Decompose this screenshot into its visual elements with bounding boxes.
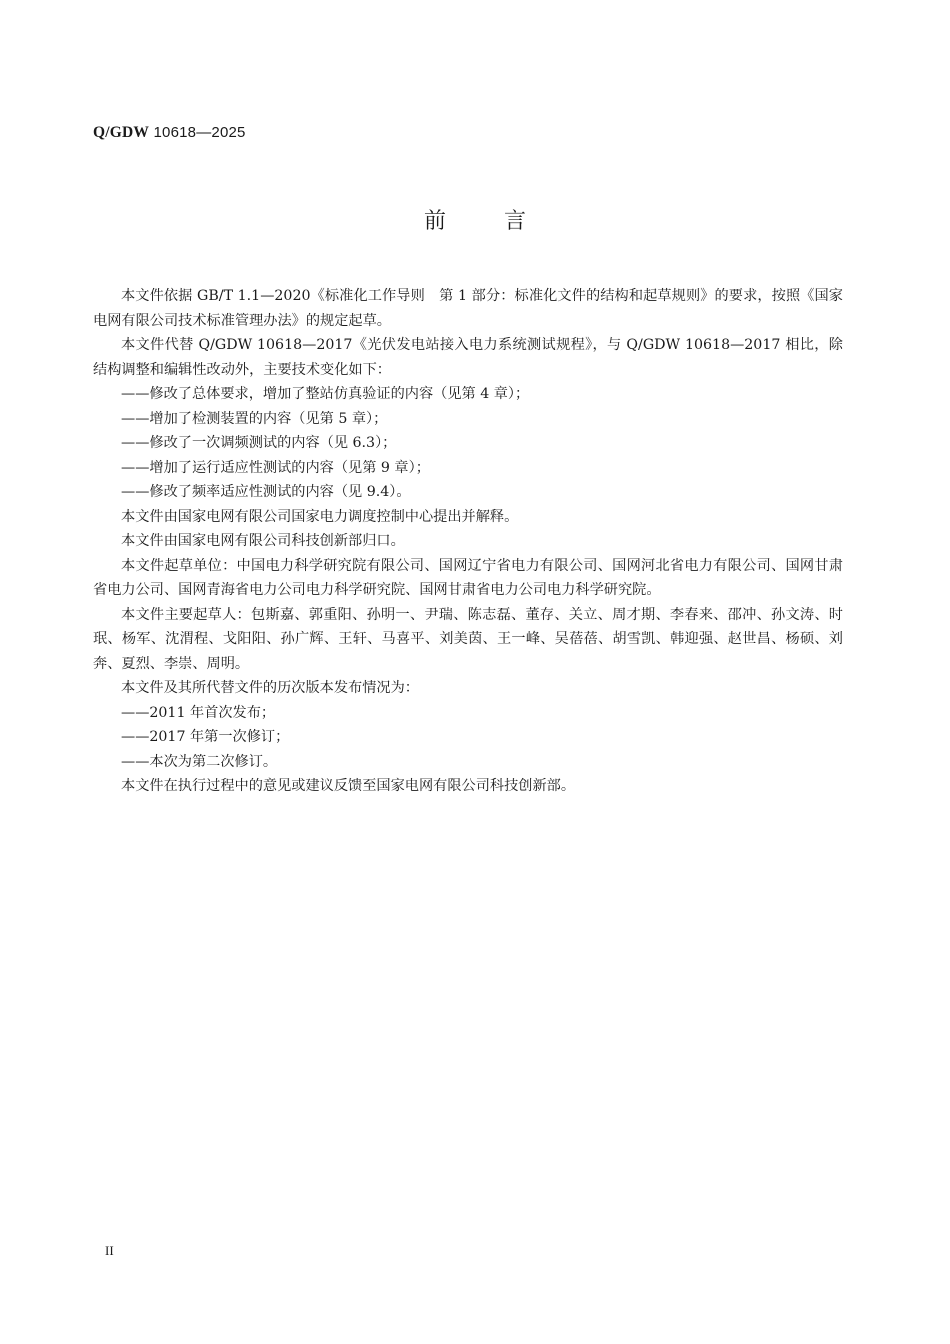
document-code: Q/GDW 10618—2025 <box>93 124 246 142</box>
page-title: 前言 <box>0 204 950 235</box>
change-item: ——增加了运行适应性测试的内容（见第 9 章）； <box>93 456 843 481</box>
page-number: II <box>105 1243 114 1259</box>
history-item: ——2017 年第一次修订； <box>93 725 843 750</box>
code-prefix: Q/GDW <box>93 124 149 141</box>
paragraph-proposer: 本文件由国家电网有限公司国家电力调度控制中心提出并解释。 <box>93 505 843 530</box>
change-item: ——修改了一次调频测试的内容（见 6.3）； <box>93 431 843 456</box>
paragraph-drafters: 本文件主要起草人：包斯嘉、郭重阳、孙明一、尹瑞、陈志磊、董存、关立、周才期、李春… <box>93 603 843 677</box>
code-number: 10618—2025 <box>149 124 245 141</box>
history-item: ——本次为第二次修订。 <box>93 750 843 775</box>
history-item: ——2011 年首次发布； <box>93 701 843 726</box>
foreword-body: 本文件依据 GB/T 1.1—2020《标准化工作导则 第 1 部分：标准化文件… <box>93 284 843 799</box>
paragraph-replaces: 本文件代替 Q/GDW 10618—2017《光伏发电站接入电力系统测试规程》，… <box>93 333 843 382</box>
paragraph-administrator: 本文件由国家电网有限公司科技创新部归口。 <box>93 529 843 554</box>
title-char-1: 前 <box>424 204 446 235</box>
paragraph-basis: 本文件依据 GB/T 1.1—2020《标准化工作导则 第 1 部分：标准化文件… <box>93 284 843 333</box>
paragraph-history-intro: 本文件及其所代替文件的历次版本发布情况为： <box>93 676 843 701</box>
title-char-2: 言 <box>504 204 526 235</box>
change-item: ——修改了总体要求，增加了整站仿真验证的内容（见第 4 章）； <box>93 382 843 407</box>
change-item: ——修改了频率适应性测试的内容（见 9.4）。 <box>93 480 843 505</box>
change-item: ——增加了检测装置的内容（见第 5 章）； <box>93 407 843 432</box>
paragraph-feedback: 本文件在执行过程中的意见或建议反馈至国家电网有限公司科技创新部。 <box>93 774 843 799</box>
paragraph-drafting-units: 本文件起草单位：中国电力科学研究院有限公司、国网辽宁省电力有限公司、国网河北省电… <box>93 554 843 603</box>
